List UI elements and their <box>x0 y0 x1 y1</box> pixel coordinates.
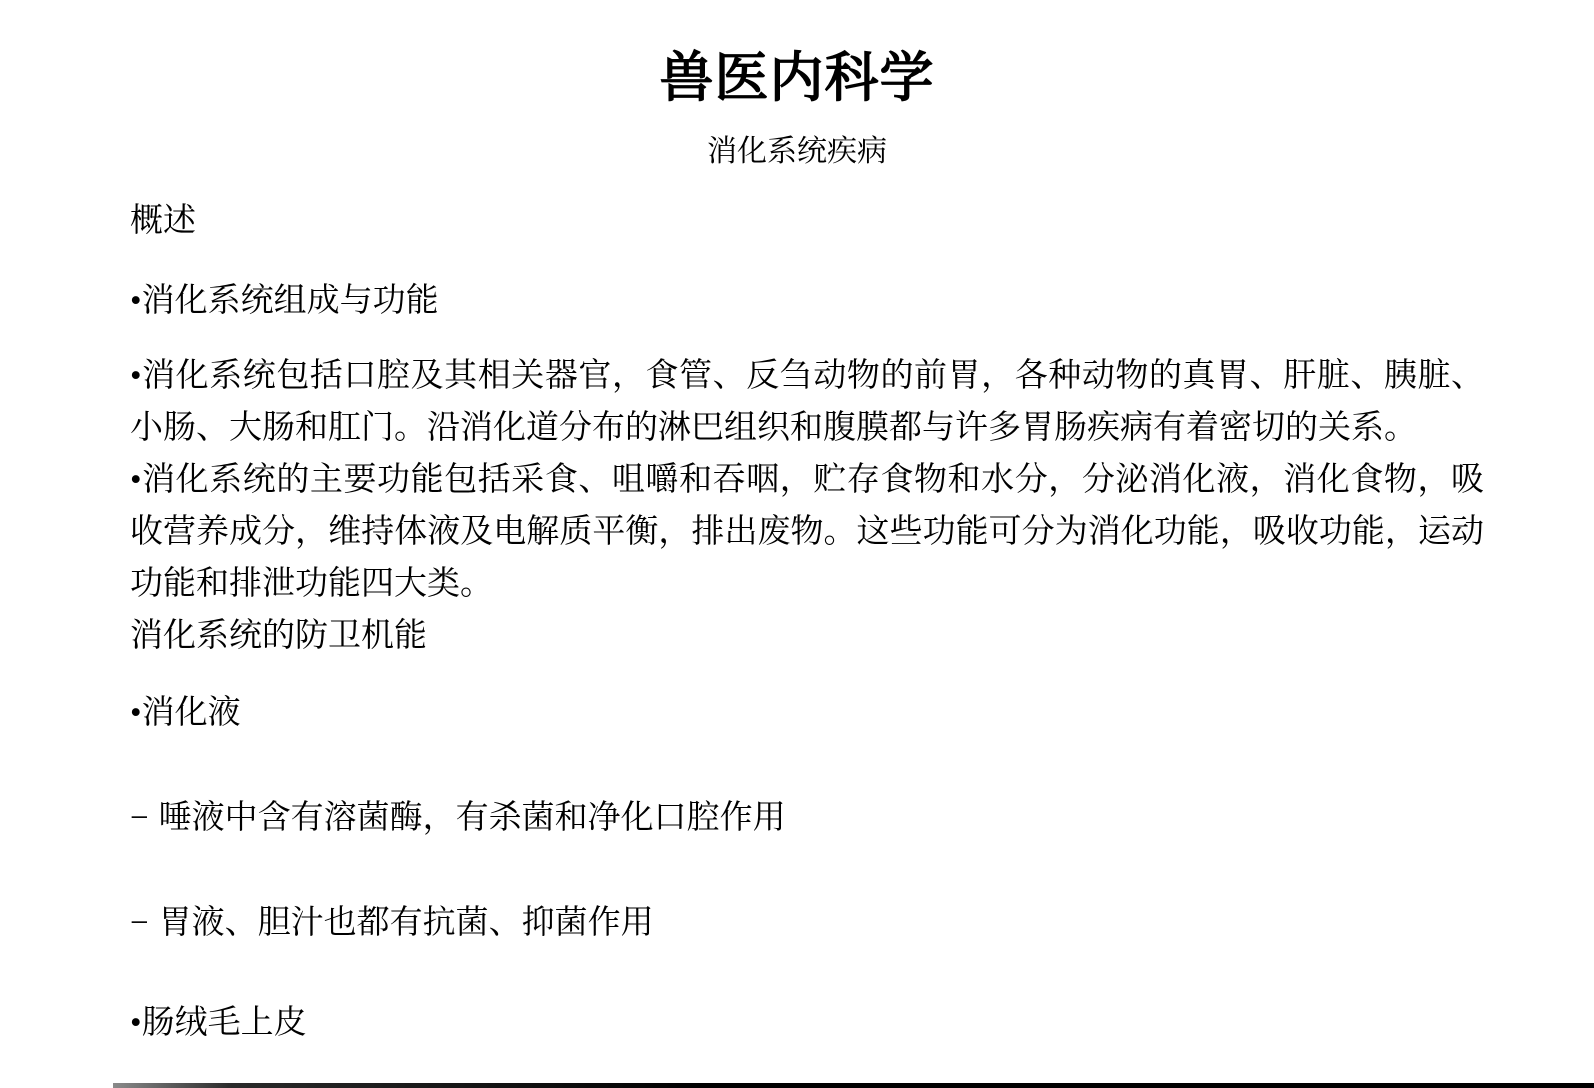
page-subtitle: 消化系统疾病 <box>0 132 1594 172</box>
section-heading-defense: 消化系统的防卫机能 <box>130 610 1484 662</box>
dash-icon: − <box>130 792 149 844</box>
bullet-icon: • <box>130 1005 142 1041</box>
bullet-item-digestive-juice: •消化液 <box>130 687 1484 739</box>
paragraph-digestive-functions: •消化系统的主要功能包括采食、咀嚼和吞咽，贮存食物和水分，分泌消化液，消化食物，… <box>130 454 1484 610</box>
bullet-item-composition: •消化系统组成与功能 <box>130 275 1484 327</box>
bullet-item-label: 肠绒毛上皮 <box>142 1005 307 1041</box>
section-heading-overview: 概述 <box>130 195 1484 247</box>
bullet-item-intestinal-villi: •肠绒毛上皮 <box>130 997 1484 1049</box>
dash-item-label: 胃液、胆汁也都有抗菌、抑菌作用 <box>159 905 654 941</box>
document-page: 兽医内科学 消化系统疾病 概述 •消化系统组成与功能 •消化系统包括口腔及其相关… <box>0 0 1594 1088</box>
bullet-icon: • <box>130 283 142 319</box>
document-body: 概述 •消化系统组成与功能 •消化系统包括口腔及其相关器官，食管、反刍动物的前胃… <box>0 195 1594 1049</box>
dash-item-label: 唾液中含有溶菌酶，有杀菌和净化口腔作用 <box>159 800 786 836</box>
dash-item-saliva: −唾液中含有溶菌酶，有杀菌和净化口腔作用 <box>130 792 1484 844</box>
next-page-edge <box>113 1083 1594 1088</box>
bullet-icon: • <box>130 695 142 731</box>
bullet-item-label: 消化液 <box>142 695 241 731</box>
bullet-item-label: 消化系统组成与功能 <box>142 283 439 319</box>
paragraph-text: 消化系统的主要功能包括采食、咀嚼和吞咽，贮存食物和水分，分泌消化液，消化食物，吸… <box>130 462 1484 602</box>
dash-icon: − <box>130 897 149 949</box>
dash-item-gastric-bile: −胃液、胆汁也都有抗菌、抑菌作用 <box>130 897 1484 949</box>
paragraph-digestive-organs: •消化系统包括口腔及其相关器官，食管、反刍动物的前胃，各种动物的真胃、肝脏、胰脏… <box>130 350 1484 454</box>
bullet-icon: • <box>130 358 142 394</box>
bullet-icon: • <box>130 462 142 498</box>
page-title: 兽医内科学 <box>0 0 1594 110</box>
paragraph-text: 消化系统包括口腔及其相关器官，食管、反刍动物的前胃，各种动物的真胃、肝脏、胰脏、… <box>130 358 1484 446</box>
